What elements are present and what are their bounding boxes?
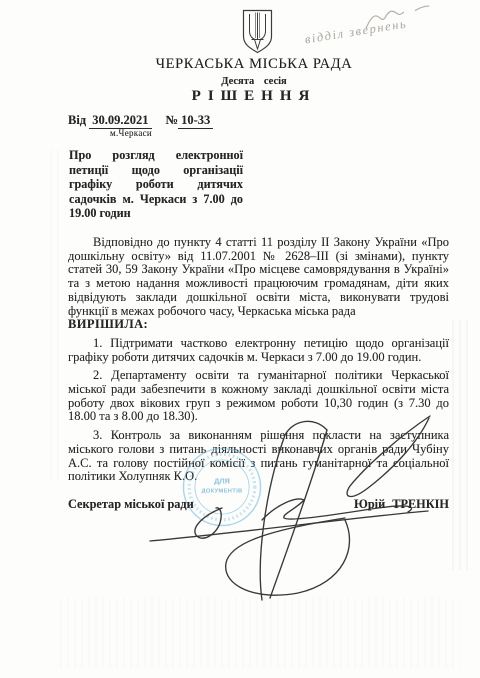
signatory-title: Секретар міської ради [68,497,194,512]
scan-artifact [60,598,460,668]
decision-item-1: 1. Підтримати частково електронну петиці… [68,337,449,364]
scanned-decision-document: відділ звернень ЧЕРКАСЬКА МІСЬКА РАДА Де… [0,0,480,678]
scan-artifact [50,150,60,480]
date-number-line: Від 30.09.2021№10-33 [68,113,213,128]
session-subtitle: Десята сесія [28,76,480,87]
from-label: Від [68,113,86,127]
organization-title: ЧЕРКАСЬКА МІСЬКА РАДА [28,56,480,73]
number-label: № [166,113,179,127]
resolved-label: ВИРІШИЛА: [68,318,449,332]
scan-artifact [452,320,470,570]
document-header: ЧЕРКАСЬКА МІСЬКА РАДА Десята сесія РІШЕН… [28,56,480,105]
intro-paragraph: Відповідно до пункту 4 статті 11 розділу… [68,236,449,318]
city-line: м.Черкаси [110,128,152,138]
signature-row: Секретар міської ради Юрій ТРЕНКІН [68,497,449,512]
subject-block: Про розгляд електронної петиції щодо орг… [69,148,243,221]
tryzub-coat-of-arms-icon [242,9,273,54]
document-type-title: РІШЕННЯ [28,88,480,105]
number-value: 10-33 [178,113,213,129]
signatory-name: Юрій ТРЕНКІН [354,497,449,512]
date-value: 30.09.2021 [89,113,151,129]
